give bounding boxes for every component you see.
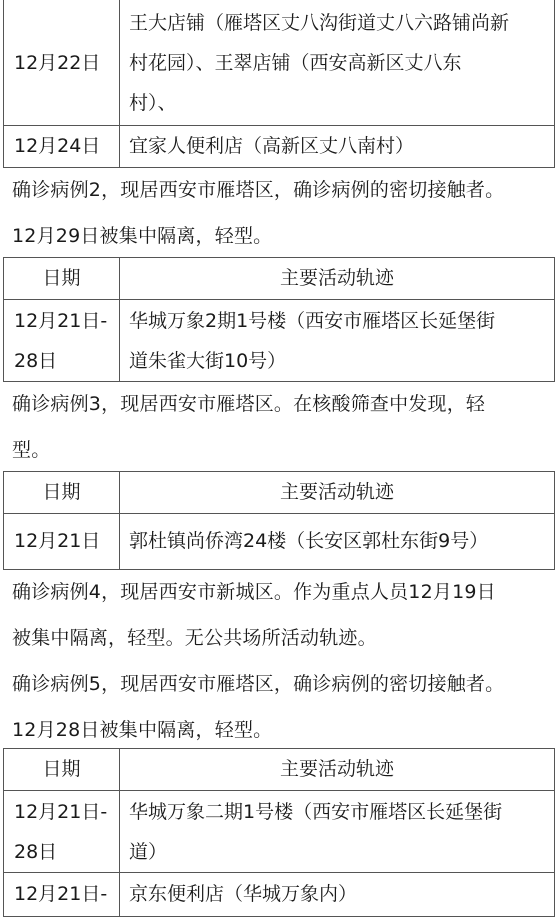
column-header-date: 日期: [4, 258, 120, 300]
date-line: 12月21日-: [14, 792, 119, 832]
date-cell: 12月21日- 28日: [4, 300, 120, 382]
table-header-row: 日期 主要活动轨迹: [4, 472, 555, 514]
date-cell: 12月22日: [4, 0, 120, 126]
activity-line: 道）: [129, 832, 548, 872]
table-header-row: 日期 主要活动轨迹: [4, 749, 555, 791]
date-cell: 12月21日: [4, 514, 120, 570]
case3-trace-table: 日期 主要活动轨迹 12月21日 郭杜镇尚侨湾24楼（长安区郭杜东街9号）: [3, 471, 555, 570]
activity-cell: 京东便利店（华城万象内）: [120, 873, 555, 917]
column-header-date: 日期: [4, 749, 120, 791]
activity-line: 村花园）、王翠店铺（西安高新区丈八东: [129, 43, 548, 83]
case2-trace-table: 日期 主要活动轨迹 12月21日- 28日 华城万象2期1号楼（西安市雁塔区长延…: [3, 257, 555, 382]
table-header-row: 日期 主要活动轨迹: [4, 258, 555, 300]
table-row: 12月21日- 京东便利店（华城万象内）: [4, 873, 555, 917]
table-row: 12月21日- 28日 华城万象2期1号楼（西安市雁塔区长延堡街 道朱雀大街10…: [4, 300, 555, 382]
table-row: 12月22日 王大店铺（雁塔区丈八沟街道丈八六路铺尚新 村花园）、王翠店铺（西安…: [4, 0, 555, 126]
column-header-activity: 主要活动轨迹: [120, 472, 555, 514]
case5-trace-table: 日期 主要活动轨迹 12月21日- 28日 华城万象二期1号楼（西安市雁塔区长延…: [3, 748, 555, 917]
table-row: 12月21日 郭杜镇尚侨湾24楼（长安区郭杜东街9号）: [4, 514, 555, 570]
date-line: 28日: [14, 341, 119, 381]
text-line: 确诊病例3，现居西安市雁塔区。在核酸筛查中发现，轻: [12, 381, 557, 427]
case3-description: 确诊病例3，现居西安市雁塔区。在核酸筛查中发现，轻 型。: [12, 381, 557, 473]
text-line: 确诊病例2，现居西安市雁塔区，确诊病例的密切接触者。: [12, 167, 557, 213]
activity-cell: 王大店铺（雁塔区丈八沟街道丈八六路铺尚新 村花园）、王翠店铺（西安高新区丈八东 …: [120, 0, 555, 126]
column-header-date: 日期: [4, 472, 120, 514]
column-header-activity: 主要活动轨迹: [120, 258, 555, 300]
date-line: 28日: [14, 832, 119, 872]
text-line: 12月28日被集中隔离，轻型。: [12, 707, 557, 753]
case5-description: 确诊病例5，现居西安市雁塔区，确诊病例的密切接触者。 12月28日被集中隔离，轻…: [12, 661, 557, 753]
table-row: 12月21日- 28日 华城万象二期1号楼（西安市雁塔区长延堡街 道）: [4, 791, 555, 873]
date-cell: 12月24日: [4, 126, 120, 168]
activity-line: 村）、: [129, 83, 548, 123]
case1-trace-table: 12月22日 王大店铺（雁塔区丈八沟街道丈八六路铺尚新 村花园）、王翠店铺（西安…: [3, 0, 555, 168]
text-line: 被集中隔离，轻型。无公共场所活动轨迹。: [12, 615, 557, 661]
column-header-activity: 主要活动轨迹: [120, 749, 555, 791]
text-line: 型。: [12, 427, 557, 473]
activity-cell: 郭杜镇尚侨湾24楼（长安区郭杜东街9号）: [120, 514, 555, 570]
date-cell: 12月21日-: [4, 873, 120, 917]
activity-cell: 宜家人便利店（高新区丈八南村）: [120, 126, 555, 168]
case4-description: 确诊病例4，现居西安市新城区。作为重点人员12月19日 被集中隔离，轻型。无公共…: [12, 569, 557, 661]
text-line: 确诊病例4，现居西安市新城区。作为重点人员12月19日: [12, 569, 557, 615]
activity-cell: 华城万象2期1号楼（西安市雁塔区长延堡街 道朱雀大街10号）: [120, 300, 555, 382]
activity-line: 王大店铺（雁塔区丈八沟街道丈八六路铺尚新: [129, 3, 548, 43]
activity-line: 华城万象2期1号楼（西安市雁塔区长延堡街: [129, 301, 548, 341]
activity-line: 华城万象二期1号楼（西安市雁塔区长延堡街: [129, 792, 548, 832]
case2-description: 确诊病例2，现居西安市雁塔区，确诊病例的密切接触者。 12月29日被集中隔离，轻…: [12, 167, 557, 259]
date-line: 12月21日-: [14, 301, 119, 341]
table-row: 12月24日 宜家人便利店（高新区丈八南村）: [4, 126, 555, 168]
date-cell: 12月21日- 28日: [4, 791, 120, 873]
text-line: 确诊病例5，现居西安市雁塔区，确诊病例的密切接触者。: [12, 661, 557, 707]
activity-cell: 华城万象二期1号楼（西安市雁塔区长延堡街 道）: [120, 791, 555, 873]
text-line: 12月29日被集中隔离，轻型。: [12, 213, 557, 259]
activity-line: 道朱雀大街10号）: [129, 341, 548, 381]
